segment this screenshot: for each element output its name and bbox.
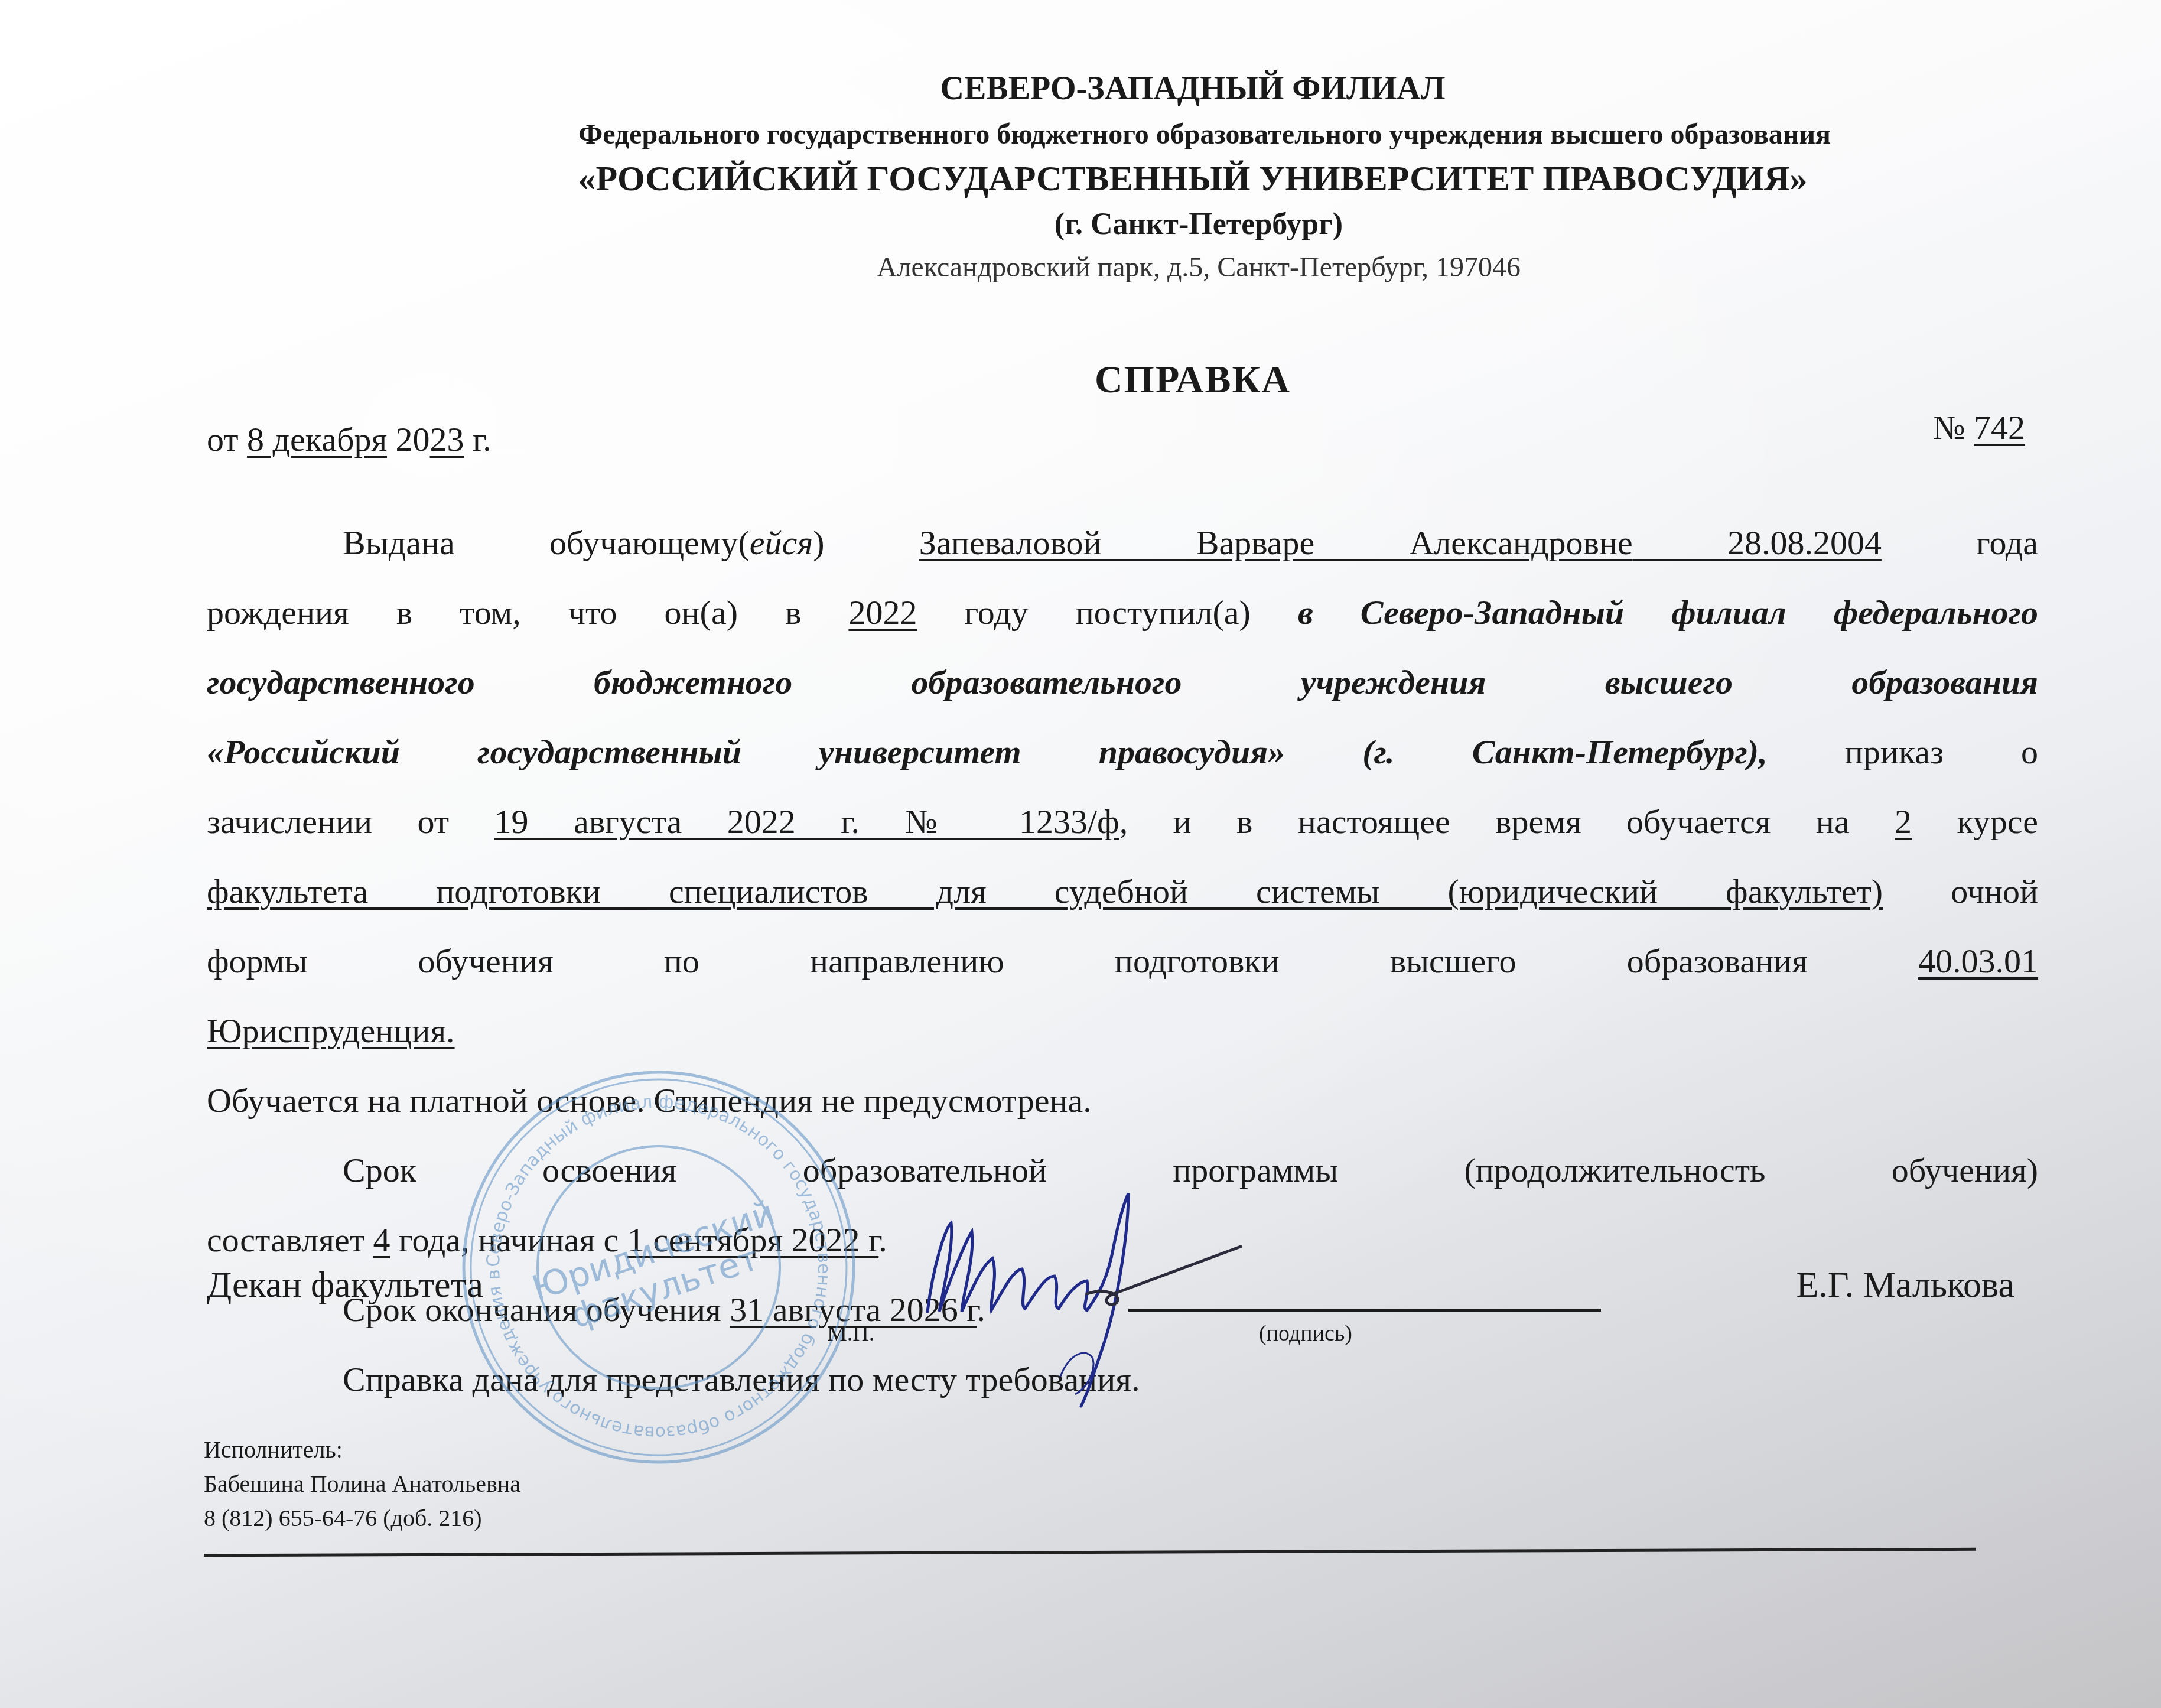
direction-code: 40.03.01: [1918, 942, 2038, 980]
body-line: рождения в том, что он(а) в 2022 году по…: [207, 578, 2038, 648]
body-line: государственного бюджетного образователь…: [207, 648, 2038, 717]
body-line: Юриспруденция.: [207, 996, 2038, 1066]
admission-year: 2022: [848, 593, 917, 632]
header-branch: СЕВЕРО-ЗАПАДНЫЙ ФИЛИАЛ: [224, 70, 2161, 108]
handwritten-signature-icon: [910, 1176, 1323, 1412]
date-prefix: от: [207, 420, 239, 458]
body-line: зачислении от 19 августа 2022 г. № 1233/…: [207, 787, 2038, 857]
paragraph-issued: Выдана обучающему(ейся) Запеваловой Варв…: [207, 508, 2038, 1066]
dean-position: Декан факультета: [207, 1264, 483, 1306]
order-details: 19 августа 2022 г. № 1233/ф: [494, 802, 1119, 841]
stamp-place-label: М.П.: [827, 1320, 874, 1346]
course-number: 2: [1895, 802, 1912, 841]
body-line: факультета подготовки специалистов для с…: [207, 857, 2038, 926]
dean-name: Е.Г. Малькова: [1796, 1264, 2014, 1306]
executor-block: Исполнитель: Бабешина Полина Анатольевна…: [204, 1433, 520, 1535]
date-year: 2023: [396, 420, 464, 458]
document-title: СПРАВКА: [224, 357, 2161, 402]
header-institution-type: Федерального государственного бюджетного…: [248, 118, 2161, 151]
direction-name: Юриспруденция.: [207, 1011, 455, 1050]
date-day-month: 8 декабря: [247, 420, 387, 458]
date-suffix: г.: [473, 420, 492, 458]
bottom-divider: [204, 1548, 1976, 1557]
number-value: 742: [1974, 408, 2025, 447]
document-number: № 742: [1932, 408, 2025, 447]
document-date: от 8 декабря 2023 г.: [207, 419, 492, 459]
executor-name: Бабешина Полина Анатольевна: [204, 1467, 520, 1501]
executor-phone: 8 (812) 655-64-76 (доб. 216): [204, 1501, 520, 1535]
header-city: (г. Санкт-Петербург): [236, 207, 2161, 242]
number-label: №: [1932, 408, 1965, 447]
body-line: формы обучения по направлению подготовки…: [207, 926, 2038, 996]
body-line: Выдана обучающему(ейся) Запеваловой Варв…: [207, 508, 2038, 578]
faculty-name: факультета подготовки специалистов для с…: [207, 872, 1883, 910]
header-address: Александровский парк, д.5, Санкт-Петербу…: [236, 251, 2161, 284]
header-university: «РОССИЙСКИЙ ГОСУДАРСТВЕННЫЙ УНИВЕРСИТЕТ …: [224, 158, 2161, 199]
student-name: Запеваловой Варваре Александровне 28.08.…: [919, 523, 1882, 562]
body-line: «Российский государственный университет …: [207, 717, 2038, 787]
executor-label: Исполнитель:: [204, 1433, 520, 1467]
